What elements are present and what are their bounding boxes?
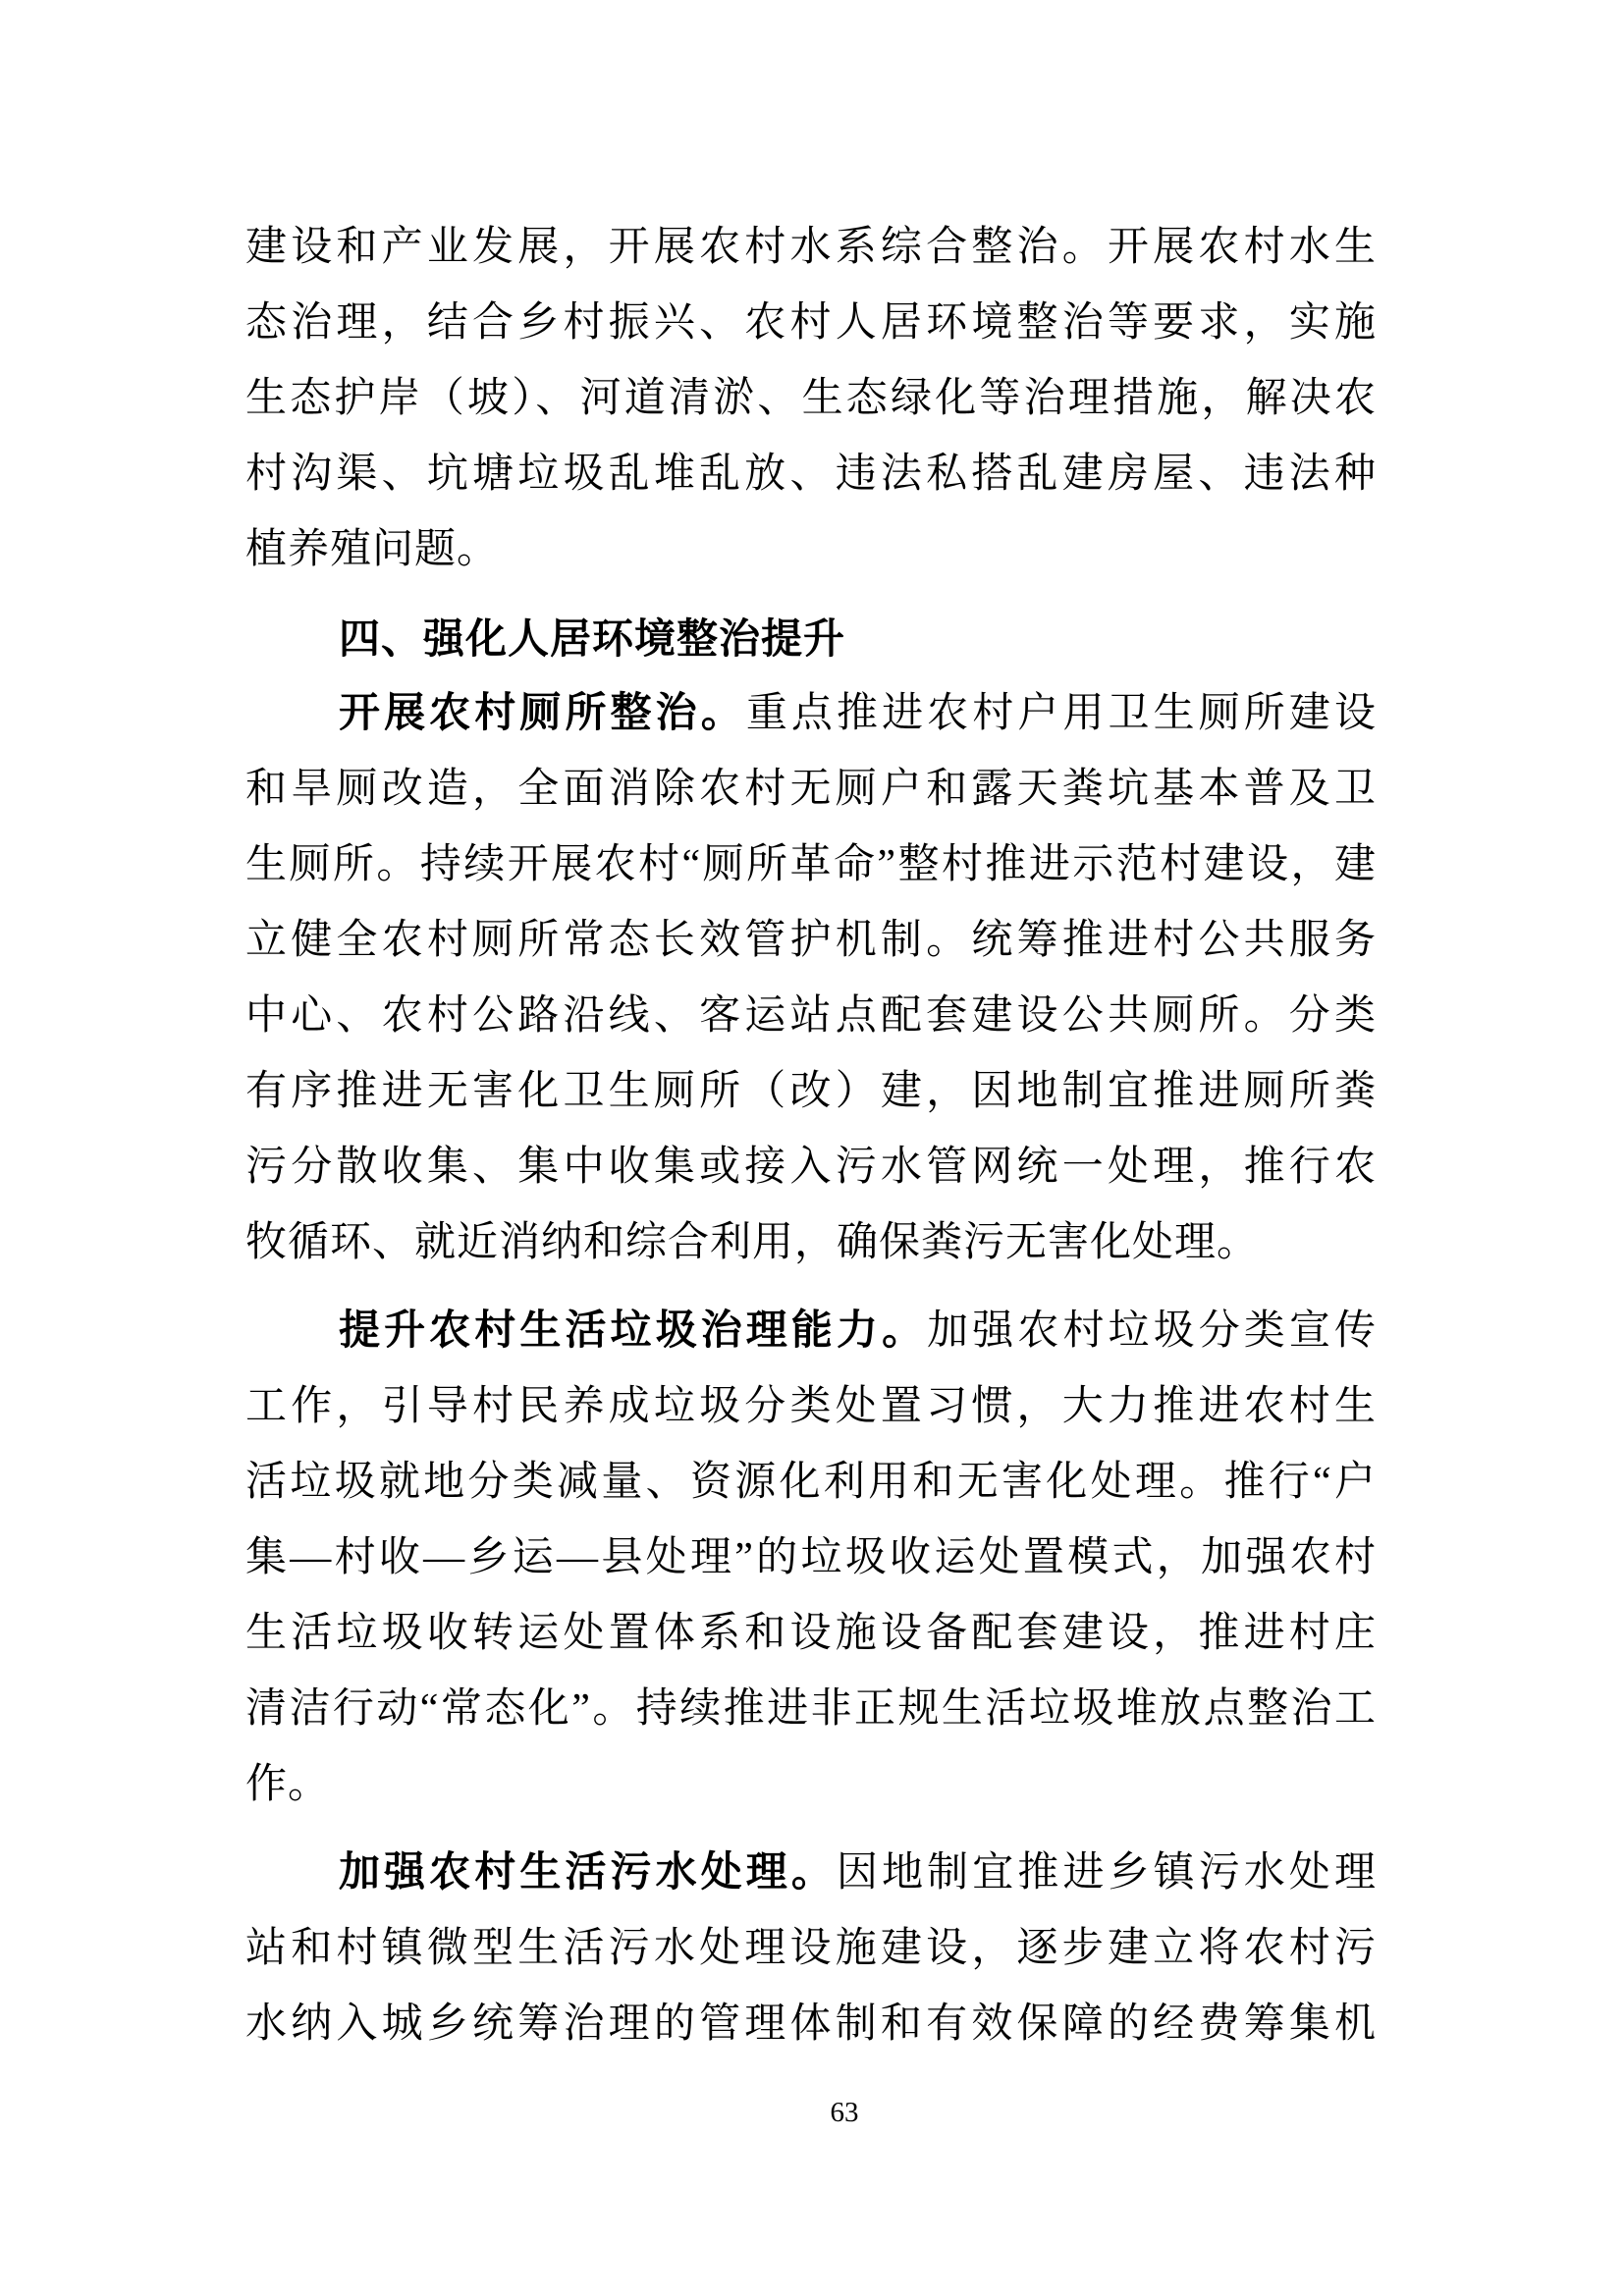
text-line: 集—村收—乡运—县处理”的垃圾收运处置模式，加强农村	[245, 1521, 1377, 1596]
document-page: 建设和产业发展，开展农村水系综合整治。开展农村水生 态治理，结合乡村振兴、农村人…	[0, 0, 1624, 2296]
text-line: 态治理，结合乡村振兴、农村人居环境整治等要求，实施	[245, 286, 1377, 361]
paragraph-lead-rest: 因地制宜推进乡镇污水处理	[837, 1850, 1377, 1896]
paragraph-first-line: 开展农村厕所整治。重点推进农村户用卫生厕所建设	[245, 676, 1377, 752]
text-line: 有序推进无害化卫生厕所（改）建，因地制宜推进厕所粪	[245, 1054, 1377, 1130]
text-line: 生活垃圾收转运处置体系和设施设备配套建设，推进村庄	[245, 1596, 1377, 1672]
text-line: 和旱厕改造，全面消除农村无厕户和露天粪坑基本普及卫	[245, 752, 1377, 828]
text-line: 植养殖问题。	[245, 512, 1377, 588]
paragraph-first-line: 提升农村生活垃圾治理能力。加强农村垃圾分类宣传	[245, 1294, 1377, 1369]
text-line: 村沟渠、坑塘垃圾乱堆乱放、违法私搭乱建房屋、违法种	[245, 437, 1377, 512]
text-line: 活垃圾就地分类减量、资源化利用和无害化处理。推行“户	[245, 1445, 1377, 1521]
text-line: 建设和产业发展，开展农村水系综合整治。开展农村水生	[245, 210, 1377, 286]
text-line: 污分散收集、集中收集或接入污水管网统一处理，推行农	[245, 1130, 1377, 1205]
text-line: 中心、农村公路沿线、客运站点配套建设公共厕所。分类	[245, 979, 1377, 1054]
text-line: 生厕所。持续开展农村“厕所革命”整村推进示范村建设，建	[245, 828, 1377, 903]
paragraph-lead-rest: 重点推进农村户用卫生厕所建设	[746, 691, 1377, 736]
paragraph-lead-rest: 加强农村垃圾分类宣传	[927, 1308, 1377, 1354]
text-line: 工作，引导村民养成垃圾分类处置习惯，大力推进农村生	[245, 1369, 1377, 1445]
text-line: 站和村镇微型生活污水处理设施建设，逐步建立将农村污	[245, 1911, 1377, 1987]
paragraph-first-line: 加强农村生活污水处理。因地制宜推进乡镇污水处理	[245, 1836, 1377, 1911]
paragraph-lead: 提升农村生活垃圾治理能力。	[339, 1308, 927, 1354]
text-line: 作。	[245, 1747, 1377, 1823]
text-line: 生态护岸（坡）、河道清淤、生态绿化等治理措施，解决农	[245, 361, 1377, 437]
page-number: 63	[776, 2097, 913, 2129]
text-line: 清洁行动“常态化”。持续推进非正规生活垃圾堆放点整治工	[245, 1672, 1377, 1747]
paragraph-lead: 加强农村生活污水处理。	[339, 1850, 837, 1896]
text-line: 水纳入城乡统筹治理的管理体制和有效保障的经费筹集机	[245, 1987, 1377, 2062]
text-block: 建设和产业发展，开展农村水系综合整治。开展农村水生 态治理，结合乡村振兴、农村人…	[245, 210, 1377, 2062]
text-line: 立健全农村厕所常态长效管护机制。统筹推进村公共服务	[245, 903, 1377, 979]
paragraph-lead: 开展农村厕所整治。	[339, 691, 746, 736]
text-line: 牧循环、就近消纳和综合利用，确保粪污无害化处理。	[245, 1205, 1377, 1281]
section-heading: 四、强化人居环境整治提升	[245, 601, 1377, 676]
